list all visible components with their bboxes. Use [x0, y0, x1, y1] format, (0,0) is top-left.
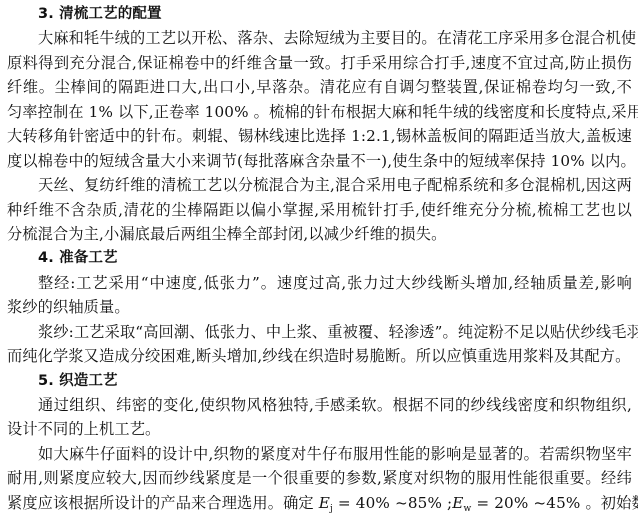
paragraph-line: 纤维。尘棒间的隔距进口大,出口小,早落杂。清花应有自调匀整装置,保证棉卷均匀一致…: [7, 75, 632, 99]
paragraph-line: 匀率控制在 1% 以下,正卷率 100% 。梳棉的针布根据大麻和牦牛绒的线密度和…: [7, 100, 632, 124]
paragraph-line: 设计不同的上机工艺。: [7, 417, 632, 441]
ew-symbol: E: [452, 494, 463, 512]
paragraph-line-formula: 紧度应该根据所设计的产品来合理选用。确定 Ej = 40% ~85% ;Ew =…: [7, 491, 632, 515]
paragraph-line: 度以棉卷中的短绒含量大小来调节(每批落麻含杂量不一),使生条中的短绒率保持 10…: [7, 149, 632, 173]
paragraph-line: 耐用,则紧度应较大,因而纱线紧度是一个很重要的参数,紧度对织物的服用性能很重要。…: [7, 466, 632, 490]
paragraph-line: 而纯化学浆又造成分绞困难,断头增加,纱线在织造时易脆断。所以应慎重选用浆料及其配…: [7, 344, 632, 368]
paragraph-line: 原料得到充分混合,保证棉卷中的纤维含量一致。打手采用综合打手,速度不宜过高,防止…: [7, 51, 632, 75]
paragraph-line: 分梳混合为主,小漏底最后两组尘棒全部封闭,以减少纤维的损失。: [7, 222, 632, 246]
section-heading-5: 5. 织造工艺: [7, 369, 632, 393]
ej-symbol: E: [319, 494, 330, 512]
paragraph-line: 种纤维不含杂质,清花的尘棒隔距以偏小掌握,采用梳针打手,使纤维充分分梳,梳棉工艺…: [7, 198, 632, 222]
paragraph-line: 大麻和牦牛绒的工艺以开松、落杂、去除短绒为主要目的。在清花工序采用多仓混合机使: [7, 26, 632, 50]
section-heading-4: 4. 准备工艺: [7, 246, 632, 270]
paragraph-line: 浆纱:工艺采取“高回潮、低张力、中上浆、重被覆、轻渗透”。纯淀粉不足以贴伏纱线毛…: [7, 320, 632, 344]
ej-value: = 40% ~85% ;: [333, 494, 452, 512]
paragraph-line: 如大麻牛仔面料的设计中,织物的紧度对牛仔布服用性能的影响是显著的。若需织物坚牢: [7, 442, 632, 466]
paragraph-line: 浆纱的织轴质量。: [7, 295, 632, 319]
paragraph-line: 通过组织、纬密的变化,使织物风格独特,手感柔软。根据不同的纱线线密度和织物组织,: [7, 393, 632, 417]
paragraph-line: 大转移角针密适中的针布。刺辊、锡林线速比选择 1:2.1,锡林盖板间的隔距适当放…: [7, 124, 632, 148]
document-page: 3. 清梳工艺的配置 大麻和牦牛绒的工艺以开松、落杂、去除短绒为主要目的。在清花…: [7, 2, 632, 515]
paragraph-line: 整经:工艺采用“中速度,低张力”。速度过高,张力过大纱线断头增加,经轴质量差,影…: [7, 271, 632, 295]
ew-value: = 20% ~45% 。初始数据: [471, 494, 638, 512]
section-heading-3: 3. 清梳工艺的配置: [7, 2, 632, 26]
paragraph-line: 天丝、复纺纤维的清梳工艺以分梳混合为主,混合采用电子配棉系统和多仓混棉机,因这两: [7, 173, 632, 197]
formula-prefix: 紧度应该根据所设计的产品来合理选用。确定: [7, 494, 319, 512]
